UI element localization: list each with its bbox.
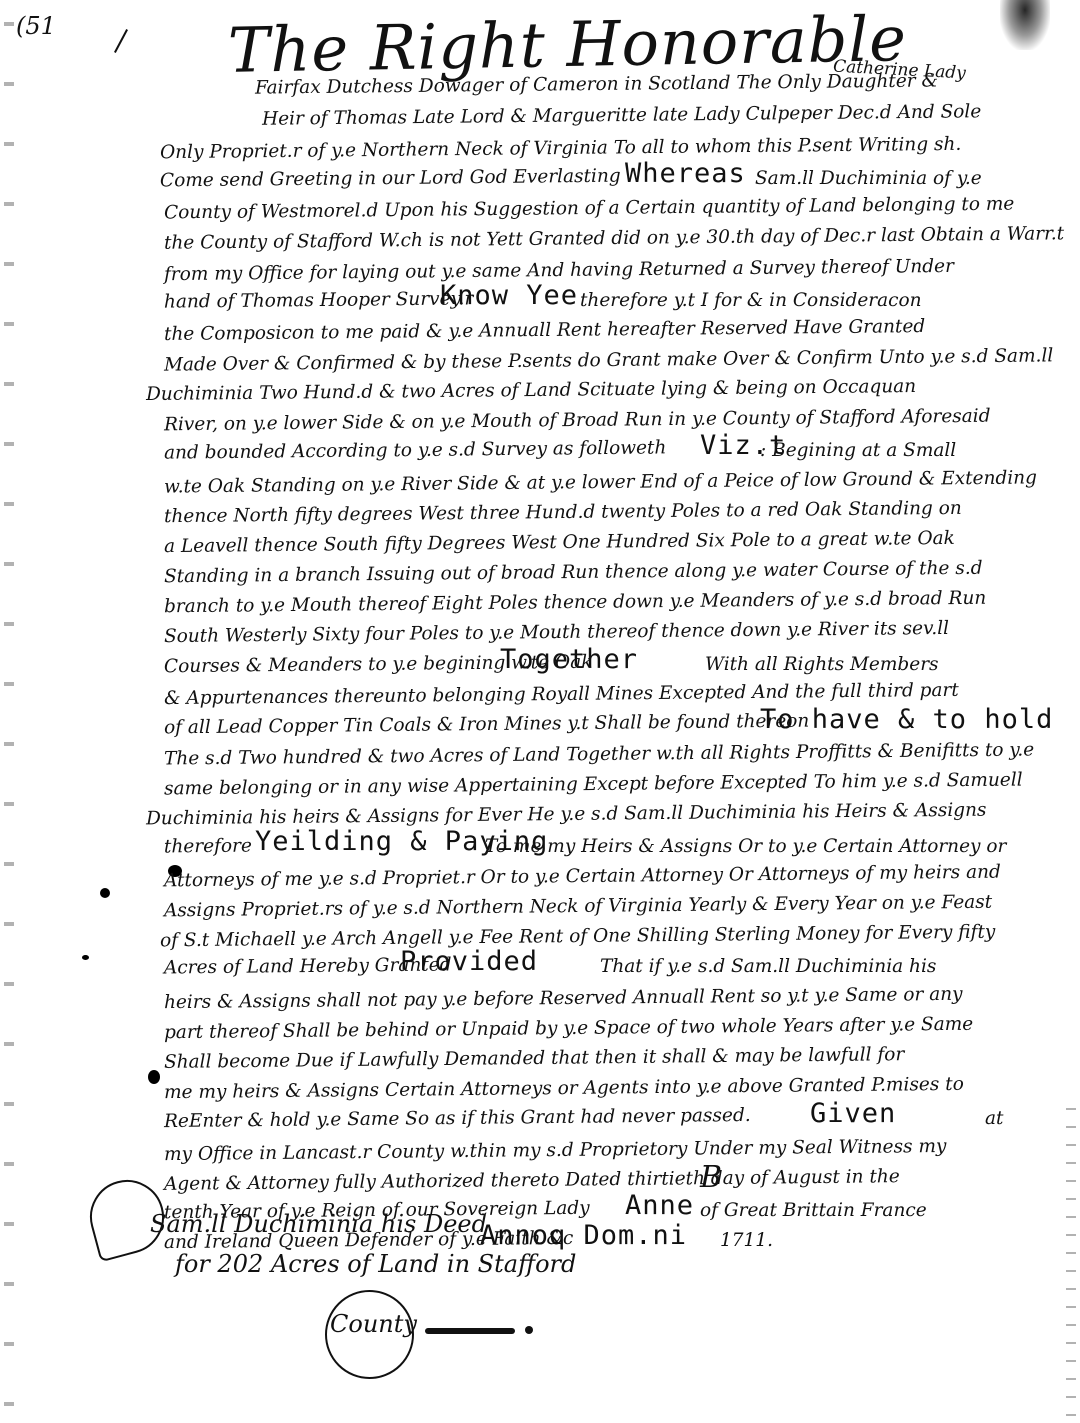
initial-mark: B <box>700 1160 722 1195</box>
text-line: w.te Oak Standing on y.e River Side & at… <box>164 469 1037 497</box>
text-line-continuation: of Great Brittain France <box>700 1202 927 1221</box>
text-line-continuation: That if y.e s.d Sam.ll Duchiminia his <box>600 958 936 977</box>
text-line: hand of Thomas Hooper Survey.r <box>164 290 473 312</box>
text-line: Fairfax Dutchess Dowager of Cameron in S… <box>255 72 938 98</box>
text-line: my Office in Lancast.r County w.thin my … <box>164 1138 947 1165</box>
text-line-continuation: With all Rights Members <box>705 656 939 675</box>
text-line: The s.d Two hundred & two Acres of Land … <box>164 741 1034 769</box>
text-line: of all Lead Copper Tin Coals & Iron Mine… <box>164 713 809 738</box>
pen-flourish-dot <box>525 1326 533 1334</box>
text-line: ReEnter & hold y.e Same So as if this Gr… <box>164 1107 751 1132</box>
pen-tick-mark <box>114 29 128 53</box>
text-line: County of Westmorel.d Upon his Suggestio… <box>164 196 1014 223</box>
text-line: therefore <box>164 838 252 857</box>
page-number: (51 <box>16 12 56 40</box>
text-line-continuation: at <box>985 1110 1003 1129</box>
text-line: thence North fifty degrees West three Hu… <box>164 500 962 527</box>
text-line: Come send Greeting in our Lord God Everl… <box>160 168 621 191</box>
pen-flourish <box>425 1328 515 1334</box>
text-line: of S.t Michaell y.e Arch Angell y.e Fee … <box>160 924 995 951</box>
emphasized-keyword: Together <box>500 646 638 673</box>
text-line: branch to y.e Mouth thereof Eight Poles … <box>164 590 986 617</box>
emphasized-keyword: Anne <box>625 1192 694 1219</box>
text-line: a Leavell thence South fifty Degrees Wes… <box>164 530 955 557</box>
endorsement-line-1: Sam.ll Duchiminia his Deed <box>150 1210 487 1238</box>
text-line: Attorneys of me y.e s.d Propriet.r Or to… <box>164 864 1001 891</box>
text-line: Made Over & Confirmed & by these P.sents… <box>164 347 1053 375</box>
endorsement-line-3: County <box>330 1310 417 1338</box>
text-line: part thereof Shall be behind or Unpaid b… <box>164 1016 973 1043</box>
text-line: South Westerly Sixty four Poles to y.e M… <box>164 620 949 647</box>
text-line: the County of Stafford W.ch is not Yett … <box>164 225 1064 253</box>
text-line-continuation: therefore y.t I for & in Consideracon <box>580 292 922 311</box>
emphasized-keyword: Annoq Dom.ni <box>480 1222 687 1249</box>
text-line: River, on y.e lower Side & on y.e Mouth … <box>164 408 991 435</box>
text-line: the Composicon to me paid & y.e Annuall … <box>164 318 925 344</box>
emphasized-keyword: Whereas <box>625 160 746 187</box>
text-line-continuation: 1711. <box>720 1232 773 1251</box>
manuscript-page: (51 The Right Honorable Catherine Lady F… <box>0 0 1080 1423</box>
text-line-continuation: To me my Heirs & Assigns Or to y.e Certa… <box>485 838 1006 857</box>
text-line: Agent & Attorney fully Authorized theret… <box>164 1168 900 1194</box>
text-line: Heir of Thomas Late Lord & Margueritte l… <box>262 103 981 129</box>
text-line: Shall become Due if Lawfully Demanded th… <box>164 1046 904 1072</box>
ink-blot <box>100 888 110 898</box>
text-line: Assigns Propriet.rs of y.e s.d Northern … <box>164 894 992 921</box>
emphasized-keyword: Given <box>810 1100 896 1127</box>
ink-blot <box>148 1070 160 1084</box>
emphasized-keyword: Provided <box>400 948 538 975</box>
ink-blot <box>82 955 89 960</box>
emphasized-keyword: Know Yee <box>440 282 578 309</box>
text-line: Duchiminia Two Hund.d & two Acres of Lan… <box>146 378 916 405</box>
text-line: Duchiminia his heirs & Assigns for Ever … <box>146 802 987 829</box>
endorsement-line-2: for 202 Acres of Land in Stafford <box>175 1250 576 1278</box>
scan-edge-artifact-left <box>4 0 14 1423</box>
text-line: and bounded According to y.e s.d Survey … <box>164 439 667 463</box>
scan-corner-smudge <box>1000 0 1050 50</box>
text-line-continuation: : Begining at a Small <box>760 442 956 461</box>
text-line: heirs & Assigns shall not pay y.e before… <box>164 986 963 1013</box>
text-line: Standing in a branch Issuing out of broa… <box>164 560 983 587</box>
emphasized-keyword: To have & to hold <box>760 706 1053 733</box>
text-line: same belonging or in any wise Appertaini… <box>164 772 1023 799</box>
text-line-continuation: Sam.ll Duchiminia of y.e <box>755 170 982 189</box>
scan-edge-artifact-right <box>1066 1100 1076 1420</box>
text-line: Only Propriet.r of y.e Northern Neck of … <box>160 136 961 163</box>
